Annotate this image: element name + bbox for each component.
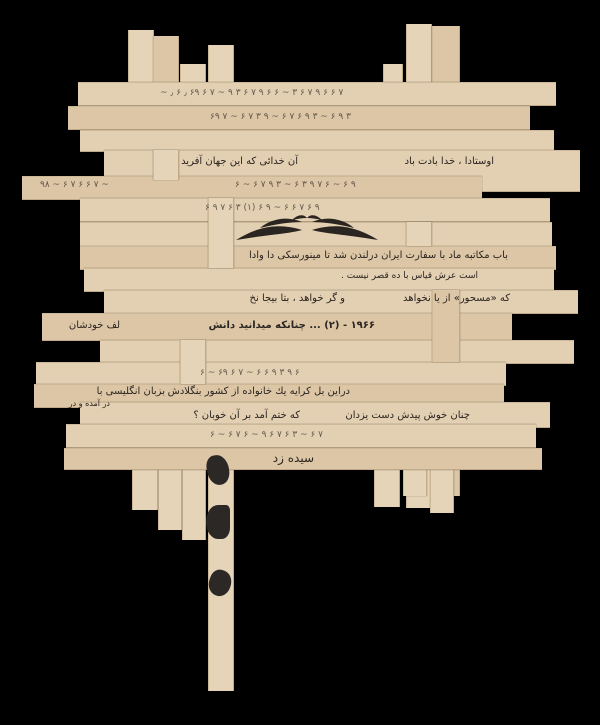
horizontal-paper-strip — [84, 268, 554, 292]
persian-text-line: سیده زد — [273, 452, 314, 464]
persian-text-line: چنان خوش پیدش دست یزدان — [345, 410, 470, 422]
persian-text-line: و گر خواهد ، بتا بیجا نخ — [250, 293, 345, 305]
ink-glyph-fragment — [206, 505, 230, 539]
handwritten-texture: ۹۸ ~ ۶ ۷ ۶ ۶ ۷ ~ — [40, 180, 109, 190]
persian-text-line: ۱۹۶۶ - (۲) ... چنانکه میدانید دانش — [209, 320, 375, 332]
persian-text-line: دراین بل کرایه یك خانواده از کشور بنگلاد… — [168, 386, 350, 398]
persian-text-line: در آمده و در — [69, 398, 110, 410]
persian-text-line: بزبان انگلیسی با — [97, 386, 165, 398]
handwritten-texture: ۶ ~ ۶ ۷ ۶ ~ ۹ ۶ ۷ ۶ ۳ ~ ۶ ۷ — [210, 430, 323, 440]
vertical-paper-strip — [153, 150, 179, 180]
horizontal-paper-strip — [80, 130, 554, 152]
handwritten-texture: ~ ٫ ۶ ٫ ۶۹ ۶ ۷ ~ ۹ ۳ ۶ ۷ ۹ ۶ ۶ ~ ۳ ۶ ۷ ۹… — [160, 88, 343, 98]
persian-text-line: اوستادا ، خدا بادت باد — [405, 156, 494, 168]
handwritten-texture: ۶ ~ ۶۹ ۶ ۷ ~ ۶ ۶ ۹ ۳ ۹ ۶ — [200, 368, 300, 378]
persian-text-line: که «مسحور» از یا نخواهد — [403, 293, 510, 305]
horizontal-paper-strip — [100, 340, 574, 364]
persian-text-line: که ختم آمد بر آن خوبان ؟ — [193, 410, 300, 422]
ornament-flourish — [232, 212, 382, 246]
handwritten-texture: ۶۹ ۷ ~ ۶ ۷ ۳ ۹ ~ ۶ ۷ ۶ ۹ ۳ ~ ۶ ۹ ۳ — [210, 112, 351, 122]
handwritten-texture: ۶ ۹ ۷ ۶ ۳ (۱) ۶ ۹ ~ ۶ ۶ ۷ ۶ ۹ — [205, 203, 320, 213]
handwritten-texture: ۶ ~ ۶ ۷ ۹ ۳ ~ ۶ ۳ ۹ ۷ ۶ ~ ۶ ۹ — [235, 180, 356, 190]
persian-text-line: باب مکاتبه ماد با سفارت ایران درلندن شد … — [249, 250, 508, 262]
persian-text-line: لف خودشان — [69, 320, 120, 332]
persian-text-line: است عرش قیاس با ده قصر نیست . — [341, 270, 478, 282]
persian-text-line: آن خدائی که این جهان آفرید — [181, 156, 298, 168]
vertical-paper-strip — [406, 222, 432, 246]
